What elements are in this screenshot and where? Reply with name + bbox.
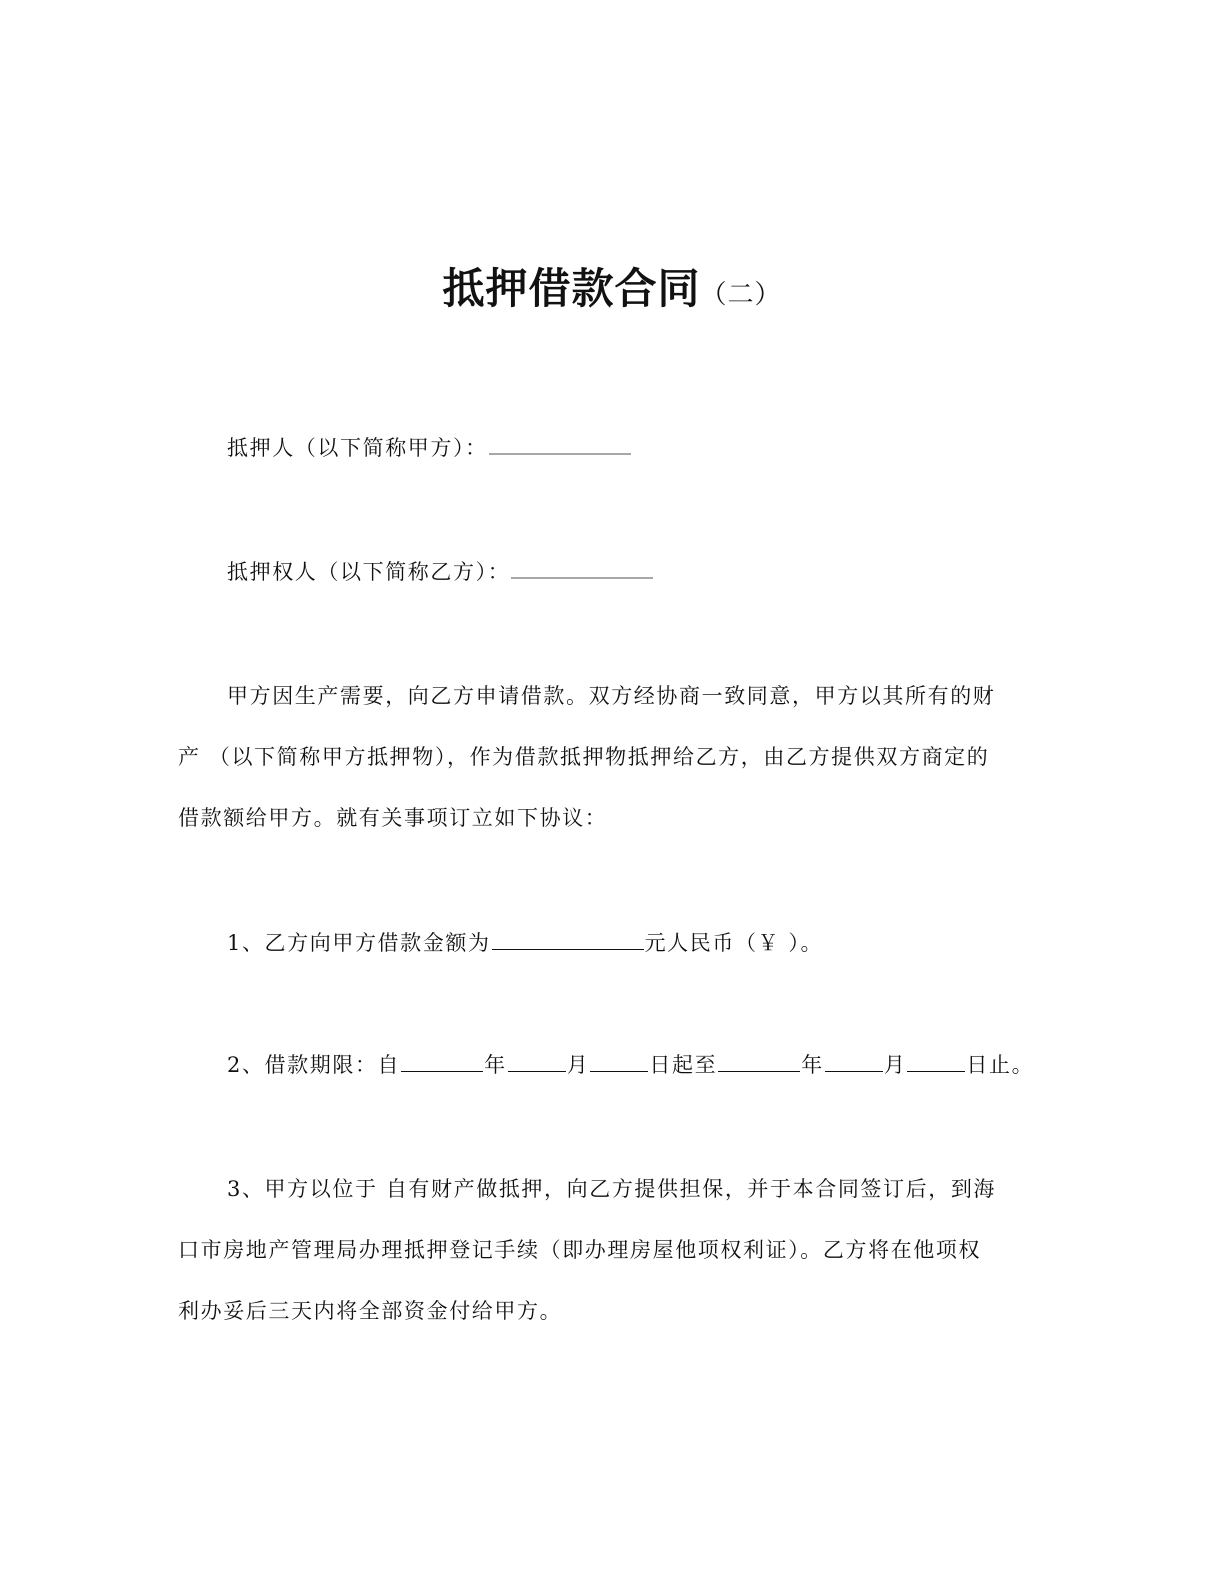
title-main: 抵押借款合同: [442, 264, 700, 313]
clause-2: 2、借款期限：自年月日起至年月日止。: [227, 1049, 1034, 1079]
mortgagee-blank[interactable]: [511, 576, 653, 579]
year-label: 年: [801, 1053, 824, 1077]
end-year-blank[interactable]: [718, 1070, 800, 1072]
mortgagor-line: 抵押人（以下简称甲方）：: [227, 432, 632, 462]
clause2-prefix: 2、借款期限：自: [227, 1053, 400, 1077]
month-label: 月: [567, 1053, 590, 1077]
mortgagor-blank[interactable]: [489, 452, 631, 455]
mortgagee-line: 抵押权人（以下简称乙方）：: [227, 556, 654, 586]
clause-1: 1、乙方向甲方借款金额为元人民币（￥ ）。: [227, 927, 823, 957]
mortgagor-label: 抵押人（以下简称甲方）：: [227, 436, 488, 460]
clause1-suffix: 元人民币（￥ ）。: [645, 931, 824, 955]
start-month-blank[interactable]: [508, 1070, 566, 1072]
clause1-prefix: 1、乙方向甲方借款金额为: [227, 931, 491, 955]
day-to-label: 日止。: [966, 1053, 1034, 1077]
month-label: 月: [884, 1053, 907, 1077]
end-day-blank[interactable]: [907, 1070, 965, 1072]
loan-amount-blank[interactable]: [492, 948, 644, 950]
mortgagee-label: 抵押权人（以下简称乙方）：: [227, 560, 510, 584]
clause-3-line-1: 3、甲方以位于 自有财产做抵押，向乙方提供担保，并于本合同签订后，到海: [227, 1173, 996, 1203]
year-label: 年: [484, 1053, 507, 1077]
document-title: 抵押借款合同（二）: [0, 256, 1224, 316]
preamble-line-1: 甲方因生产需要，向乙方申请借款。双方经协商一致同意，甲方以其所有的财: [227, 680, 995, 710]
start-year-blank[interactable]: [401, 1070, 483, 1072]
start-day-blank[interactable]: [590, 1070, 648, 1072]
preamble-line-2: 产 （以下简称甲方抵押物），作为借款抵押物抵押给乙方，由乙方提供双方商定的: [178, 741, 989, 771]
end-month-blank[interactable]: [825, 1070, 883, 1072]
clause-3-line-2: 口市房地产管理局办理抵押登记手续（即办理房屋他项权利证）。乙方将在他项权: [178, 1234, 981, 1264]
clause-3-line-3: 利办妥后三天内将全部资金付给甲方。: [178, 1295, 562, 1325]
title-suffix: （二）: [701, 280, 782, 310]
preamble-line-3: 借款额给甲方。就有关事项订立如下协议：: [178, 802, 607, 832]
day-from-label: 日起至: [649, 1053, 717, 1077]
